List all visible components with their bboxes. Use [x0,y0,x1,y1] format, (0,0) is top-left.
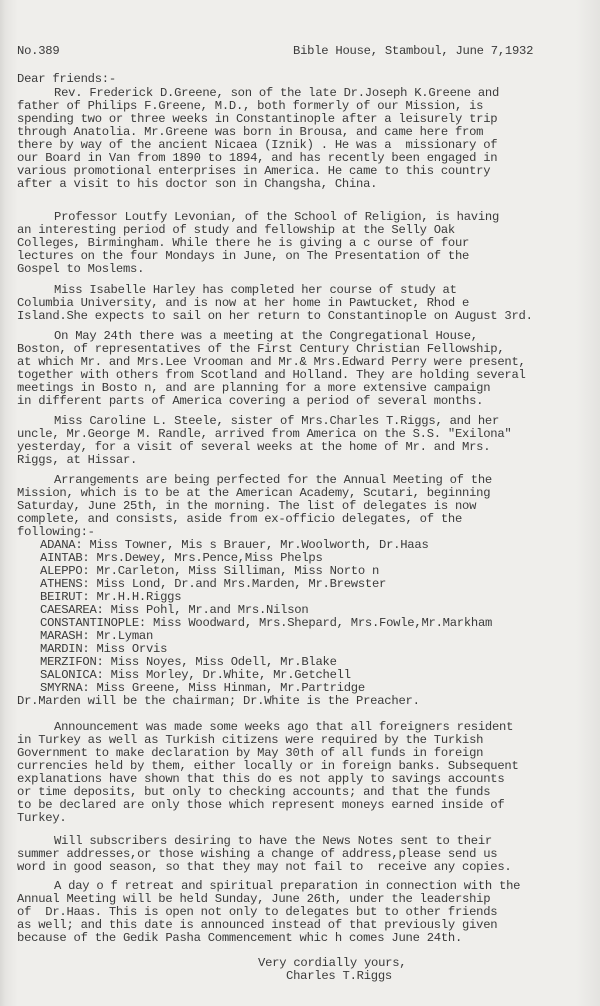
chairman-line: Dr.Marden will be the chairman; Dr.White… [17,695,587,708]
paragraph-steele: Miss Caroline L. Steele, sister of Mrs.C… [17,415,587,467]
text-line: Island.She expects to sail on her return… [17,310,587,323]
text-line: Turkey. [17,812,587,825]
delegates-list: ADANA: Miss Towner, Mis s Brauer, Mr.Woo… [40,539,492,695]
salutation: Dear friends:- [17,73,116,86]
paragraph-retreat: A day o f retreat and spiritual preparat… [17,880,587,945]
text-line: word in good season, so that they may no… [17,861,587,874]
text-line: in different parts of America covering a… [17,395,587,408]
signature: Charles T.Riggs [258,970,406,983]
text-line: Riggs, at Hissar. [17,454,587,467]
paragraph-annual-meeting: Arrangements are being perfected for the… [17,474,587,539]
text-line: complete, and consists, aside from ex-of… [17,513,587,526]
place-and-date: Bible House, Stamboul, June 7,1932 [293,45,533,58]
letter-number: No.389 [17,45,59,58]
paragraph-levonian: Professor Loutfy Levonian, of the School… [17,211,587,276]
paragraph-greene: Rev. Frederick D.Greene, son of the late… [17,87,587,191]
paragraph-funds-declaration: Announcement was made some weeks ago tha… [17,721,587,825]
text-line: Dr.Marden will be the chairman; Dr.White… [17,695,587,708]
typewritten-letter: No.389 Bible House, Stamboul, June 7,193… [0,0,600,1006]
text-line: to be declared are only those which repr… [17,799,587,812]
paragraph-harley: Miss Isabelle Harley has completed her c… [17,284,587,323]
text-line: Gospel to Moslems. [17,263,587,276]
text-line: because of the Gedik Pasha Commencement … [17,932,587,945]
closing: Very cordially yours, Charles T.Riggs [258,957,406,983]
text-line: after a visit to his doctor son in Chang… [17,178,587,191]
paragraph-fellowship-meeting: On May 24th there was a meeting at the C… [17,330,587,408]
paragraph-news-notes: Will subscribers desiring to have the Ne… [17,835,587,874]
